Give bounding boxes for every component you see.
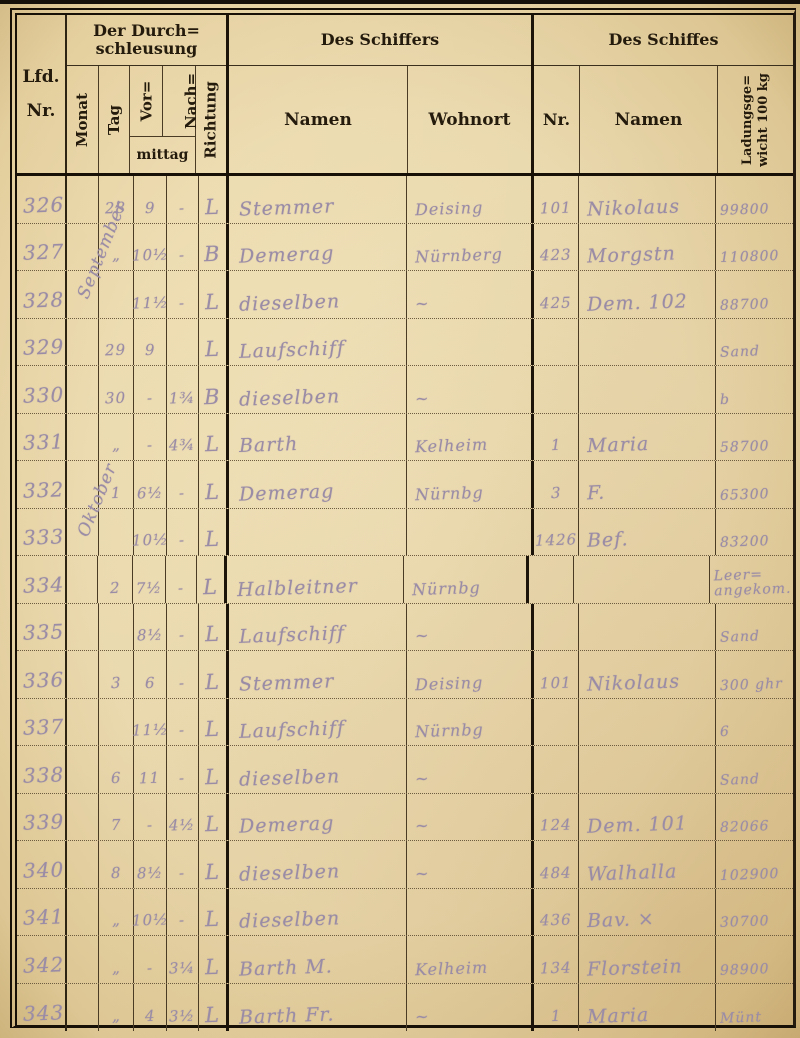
- cell-schiff-nr: [529, 556, 574, 603]
- group-label-schiff: Des Schiffes: [534, 15, 793, 66]
- cell-schiff-name: Maria: [579, 984, 716, 1032]
- cell-wohnort: ~: [407, 746, 534, 793]
- cell-monat: [67, 509, 99, 556]
- header-lfd-line1: Lfd.: [22, 67, 59, 87]
- cell-ladungsgewicht: 58700: [716, 414, 793, 461]
- cell-schiff-name: [579, 699, 716, 746]
- cell-richtung: L: [199, 841, 229, 888]
- header-group-durchschleusung: Der Durch= schleusung Monat Tag Vor=: [67, 15, 229, 173]
- table-row: 338 6 11 - L dieselben ~ Sand: [17, 746, 793, 794]
- cell-monat: [67, 746, 99, 793]
- table-body: 326 September 28 9 - L Stemmer Deising 1…: [17, 176, 793, 1031]
- header-vor-nach-mittag: Vor= Nach= mittag: [130, 66, 196, 173]
- cell-richtung: L: [199, 604, 229, 651]
- cell-tag: [99, 604, 134, 651]
- cell-nachmittag: -: [167, 746, 199, 793]
- cell-lfd-nr: 337: [17, 699, 67, 746]
- cell-richtung: L: [199, 461, 229, 508]
- cell-wohnort: Nürnbg: [407, 461, 534, 508]
- cell-wohnort: ~: [407, 271, 534, 318]
- cell-schiff-nr: 124: [534, 794, 579, 841]
- cell-lfd-nr: 338: [17, 746, 67, 793]
- cell-nachmittag: 4¾: [167, 414, 199, 461]
- cell-schiffer-name: dieselben: [229, 271, 407, 318]
- cell-schiffer-name: dieselben: [229, 889, 407, 936]
- cell-schiff-name: [579, 366, 716, 413]
- cell-schiff-name: F.: [579, 461, 716, 508]
- cell-lfd-nr: 335: [17, 604, 67, 651]
- cell-vormittag: -: [134, 794, 167, 841]
- cell-schiff-nr: 436: [534, 889, 579, 936]
- cell-monat: [67, 366, 99, 413]
- cell-ladungsgewicht: 6: [716, 699, 793, 746]
- cell-schiff-name: Florstein: [579, 936, 716, 983]
- header-group-schiff: Des Schiffes Nr. Namen Ladungsge= wicht …: [534, 15, 793, 173]
- cell-tag: 2: [98, 556, 133, 603]
- cell-lfd-nr: 340: [17, 841, 67, 888]
- cell-monat: [67, 699, 99, 746]
- group-label-schiffer: Des Schiffers: [229, 15, 531, 66]
- table-row: 332 1 6½ - L Demerag Nürnbg 3 F. 65300: [17, 461, 793, 509]
- cell-vormittag: 11½: [134, 699, 167, 746]
- cell-schiffer-name: Laufschiff: [229, 699, 407, 746]
- cell-nachmittag: -: [167, 841, 199, 888]
- cell-nachmittag: 1¾: [167, 366, 199, 413]
- cell-vormittag: 11: [134, 746, 167, 793]
- cell-lfd-nr: 330: [17, 366, 67, 413]
- table-row: 337 11½ - L Laufschiff Nürnbg 6: [17, 699, 793, 747]
- table-row: 327 „ 10½ - B Demerag Nürnberg 423 Morgs…: [17, 224, 793, 272]
- cell-lfd-nr: 332: [17, 461, 67, 508]
- cell-vormittag: 6½: [134, 461, 167, 508]
- cell-wohnort: Kelheim: [407, 414, 534, 461]
- cell-schiff-nr: 423: [534, 224, 579, 271]
- cell-tag: [99, 509, 134, 556]
- cell-schiff-nr: 1: [534, 984, 579, 1032]
- cell-ladungsgewicht: 110800: [716, 224, 793, 271]
- table-row: 329 29 9 L Laufschiff Sand: [17, 319, 793, 367]
- table-row: 330 30 - 1¾ B dieselben ~ b: [17, 366, 793, 414]
- cell-nachmittag: 4½: [167, 794, 199, 841]
- cell-schiff-name: Morgstn: [579, 224, 716, 271]
- cell-schiff-name: [579, 746, 716, 793]
- cell-tag: 29: [99, 319, 134, 366]
- header-ladungsgewicht-label: Ladungsge= wicht 100 kg: [739, 60, 772, 180]
- cell-lfd-nr: 326: [17, 176, 67, 223]
- cell-nachmittag: 3½: [167, 984, 199, 1032]
- header-richtung: Richtung: [196, 66, 226, 173]
- table-row: 336 3 6 - L Stemmer Deising 101 Nikolaus…: [17, 651, 793, 699]
- cell-schiff-name: Bav. ×: [579, 889, 716, 936]
- cell-nachmittag: -: [167, 509, 199, 556]
- cell-ladungsgewicht: 82066: [716, 794, 793, 841]
- cell-monat: [67, 604, 99, 651]
- cell-nachmittag: -: [167, 889, 199, 936]
- table-row: 331 Oktober „ - 4¾ L Barth Kelheim 1 Mar…: [17, 414, 793, 462]
- cell-vormittag: 4: [134, 984, 167, 1032]
- header-monat: Monat: [67, 66, 99, 173]
- cell-vormittag: 9: [134, 319, 167, 366]
- cell-schiff-name: Nikolaus: [579, 176, 716, 223]
- lock-register-table: Lfd. Nr. Der Durch= schleusung Monat Tag: [10, 8, 796, 1028]
- cell-schiffer-name: Laufschiff: [229, 319, 407, 366]
- cell-ladungsgewicht: Münt: [716, 984, 793, 1032]
- cell-wohnort: [407, 509, 534, 556]
- cell-wohnort: Nürnbg: [407, 699, 534, 746]
- cell-ladungsgewicht: 30700: [716, 889, 793, 936]
- cell-monat: [67, 271, 99, 318]
- cell-tag: [99, 699, 134, 746]
- table-row: 335 8½ - L Laufschiff ~ Sand: [17, 604, 793, 652]
- table-row: 343 „ 4 3½ L Barth Fr. ~ 1 Maria Münt: [17, 984, 793, 1032]
- cell-tag: „: [99, 984, 134, 1032]
- cell-ladungsgewicht: b: [716, 366, 793, 413]
- cell-wohnort: Nürnberg: [407, 224, 534, 271]
- cell-tag: „: [99, 936, 134, 983]
- cell-ladungsgewicht: 88700: [716, 271, 793, 318]
- cell-ladungsgewicht: Leer= angekom.: [710, 556, 793, 603]
- cell-schiffer-name: dieselben: [229, 366, 407, 413]
- cell-wohnort: ~: [407, 841, 534, 888]
- cell-richtung: L: [199, 414, 229, 461]
- cell-ladungsgewicht: 83200: [716, 509, 793, 556]
- cell-schiffer-name: Laufschiff: [229, 604, 407, 651]
- cell-schiff-nr: 3: [534, 461, 579, 508]
- table-row: 342 „ - 3¼ L Barth M. Kelheim 134 Florst…: [17, 936, 793, 984]
- header-schiffer-namen: Namen: [229, 66, 408, 173]
- cell-tag: 30: [99, 366, 134, 413]
- cell-vormittag: -: [134, 936, 167, 983]
- cell-tag: 7: [99, 794, 134, 841]
- cell-schiff-name: [574, 556, 710, 603]
- cell-schiff-nr: [534, 319, 579, 366]
- cell-tag: 28: [99, 176, 134, 223]
- cell-schiffer-name: Barth Fr.: [229, 984, 407, 1032]
- cell-schiff-nr: 484: [534, 841, 579, 888]
- header-lfd-line2: Nr.: [27, 101, 56, 121]
- cell-monat: [67, 461, 99, 508]
- cell-ladungsgewicht: 102900: [716, 841, 793, 888]
- cell-richtung: L: [199, 271, 229, 318]
- cell-lfd-nr: 329: [17, 319, 67, 366]
- cell-vormittag: 10½: [134, 889, 167, 936]
- cell-schiffer-name: Demerag: [229, 461, 407, 508]
- cell-schiffer-name: dieselben: [229, 746, 407, 793]
- cell-wohnort: Deising: [407, 176, 534, 223]
- cell-ladungsgewicht: 300 ghr: [716, 651, 793, 698]
- group-label-durchschleusung: Der Durch= schleusung: [67, 15, 226, 66]
- cell-schiffer-name: Barth M.: [229, 936, 407, 983]
- cell-vormittag: 9: [134, 176, 167, 223]
- cell-wohnort: ~: [407, 794, 534, 841]
- cell-schiff-nr: [534, 366, 579, 413]
- cell-nachmittag: -: [167, 651, 199, 698]
- cell-schiff-name: [579, 604, 716, 651]
- cell-lfd-nr: 339: [17, 794, 67, 841]
- header-lfd-nr: Lfd. Nr.: [17, 15, 67, 173]
- cell-ladungsgewicht: 99800: [716, 176, 793, 223]
- cell-lfd-nr: 336: [17, 651, 67, 698]
- cell-lfd-nr: 327: [17, 224, 67, 271]
- cell-monat: [67, 319, 99, 366]
- table-row: 334 2 7½ - L Halbleitner Nürnbg Leer= an…: [17, 556, 793, 604]
- header-wohnort: Wohnort: [408, 66, 531, 173]
- cell-lfd-nr: 342: [17, 936, 67, 983]
- cell-lfd-nr: 331: [17, 414, 67, 461]
- cell-richtung: L: [199, 319, 229, 366]
- cell-monat: [67, 556, 99, 603]
- cell-schiffer-name: Stemmer: [229, 651, 407, 698]
- cell-richtung: L: [199, 794, 229, 841]
- cell-vormittag: 7½: [133, 556, 166, 603]
- cell-tag: „: [99, 889, 134, 936]
- cell-tag: 1: [99, 461, 134, 508]
- cell-wohnort: [407, 889, 534, 936]
- cell-schiffer-name: dieselben: [229, 841, 407, 888]
- cell-schiff-nr: [534, 604, 579, 651]
- cell-tag: 8: [99, 841, 134, 888]
- ledger-page: Lfd. Nr. Der Durch= schleusung Monat Tag: [0, 0, 800, 1038]
- cell-tag: 6: [99, 746, 134, 793]
- header-schiff-namen: Namen: [580, 66, 718, 173]
- cell-monat: Oktober: [67, 414, 99, 461]
- cell-richtung: L: [199, 176, 229, 223]
- cell-schiffer-name: Stemmer: [229, 176, 407, 223]
- cell-schiff-nr: 101: [534, 651, 579, 698]
- header-tag: Tag: [99, 66, 130, 173]
- cell-schiff-nr: [534, 746, 579, 793]
- cell-nachmittag: -: [167, 224, 199, 271]
- cell-schiffer-name: [229, 509, 407, 556]
- cell-wohnort: ~: [407, 604, 534, 651]
- cell-ladungsgewicht: 98900: [716, 936, 793, 983]
- table-row: 333 10½ - L 1426 Bef. 83200: [17, 509, 793, 557]
- table-header: Lfd. Nr. Der Durch= schleusung Monat Tag: [17, 15, 793, 176]
- cell-richtung: L: [199, 699, 229, 746]
- cell-tag: 3: [99, 651, 134, 698]
- cell-lfd-nr: 333: [17, 509, 67, 556]
- cell-nachmittag: -: [167, 461, 199, 508]
- cell-ladungsgewicht: 65300: [716, 461, 793, 508]
- cell-wohnort: Nürnbg: [404, 556, 530, 603]
- cell-vormittag: -: [134, 414, 167, 461]
- cell-schiffer-name: Demerag: [229, 224, 407, 271]
- cell-monat: [67, 936, 99, 983]
- cell-ladungsgewicht: Sand: [716, 746, 793, 793]
- table-row: 340 8 8½ - L dieselben ~ 484 Walhalla 10…: [17, 841, 793, 889]
- cell-wohnort: ~: [407, 366, 534, 413]
- cell-vormittag: 8½: [134, 841, 167, 888]
- cell-schiff-nr: [534, 699, 579, 746]
- cell-monat: [67, 651, 99, 698]
- table-row: 328 11½ - L dieselben ~ 425 Dem. 102 887…: [17, 271, 793, 319]
- cell-nachmittag: 3¼: [167, 936, 199, 983]
- cell-nachmittag: -: [167, 176, 199, 223]
- cell-monat: [67, 889, 99, 936]
- cell-wohnort: ~: [407, 984, 534, 1032]
- cell-vormittag: 8½: [134, 604, 167, 651]
- cell-schiff-name: [579, 319, 716, 366]
- cell-richtung: L: [199, 651, 229, 698]
- cell-schiff-name: Nikolaus: [579, 651, 716, 698]
- table-row: 341 „ 10½ - L dieselben 436 Bav. × 30700: [17, 889, 793, 937]
- cell-nachmittag: -: [167, 271, 199, 318]
- header-vormittag: Vor=: [130, 66, 163, 136]
- cell-wohnort: Deising: [407, 651, 534, 698]
- cell-monat: [67, 984, 99, 1032]
- cell-ladungsgewicht: Sand: [716, 319, 793, 366]
- header-schiff-nr: Nr.: [534, 66, 580, 173]
- cell-schiff-name: Walhalla: [579, 841, 716, 888]
- table-row: 339 7 - 4½ L Demerag ~ 124 Dem. 101 8206…: [17, 794, 793, 842]
- cell-schiff-nr: 101: [534, 176, 579, 223]
- cell-vormittag: 11½: [134, 271, 167, 318]
- cell-schiff-nr: 134: [534, 936, 579, 983]
- cell-monat: [67, 841, 99, 888]
- cell-richtung: B: [199, 366, 229, 413]
- cell-schiff-nr: 425: [534, 271, 579, 318]
- cell-wohnort: [407, 319, 534, 366]
- cell-schiff-name: Maria: [579, 414, 716, 461]
- cell-lfd-nr: 343: [17, 984, 67, 1032]
- cell-tag: [99, 271, 134, 318]
- cell-richtung: L: [199, 984, 229, 1032]
- header-group-schiffer: Des Schiffers Namen Wohnort: [229, 15, 534, 173]
- cell-schiff-name: Bef.: [579, 509, 716, 556]
- cell-tag: „: [99, 224, 134, 271]
- cell-nachmittag: [167, 319, 199, 366]
- cell-ladungsgewicht: Sand: [716, 604, 793, 651]
- cell-schiff-name: Dem. 102: [579, 271, 716, 318]
- cell-schiffer-name: Barth: [229, 414, 407, 461]
- cell-nachmittag: -: [167, 604, 199, 651]
- cell-vormittag: 6: [134, 651, 167, 698]
- cell-wohnort: Kelheim: [407, 936, 534, 983]
- cell-richtung: L: [199, 746, 229, 793]
- cell-nachmittag: -: [166, 556, 198, 603]
- cell-richtung: L: [197, 556, 227, 603]
- cell-lfd-nr: 334: [17, 556, 67, 603]
- cell-tag: „: [99, 414, 134, 461]
- cell-nachmittag: -: [167, 699, 199, 746]
- cell-monat: September: [67, 176, 99, 223]
- header-mittag: mittag: [130, 136, 195, 173]
- cell-lfd-nr: 341: [17, 889, 67, 936]
- header-ladungsgewicht: Ladungsge= wicht 100 kg: [718, 66, 793, 173]
- cell-lfd-nr: 328: [17, 271, 67, 318]
- table-row: 326 September 28 9 - L Stemmer Deising 1…: [17, 176, 793, 224]
- cell-vormittag: 10½: [134, 224, 167, 271]
- cell-monat: [67, 224, 99, 271]
- cell-vormittag: 10½: [134, 509, 167, 556]
- cell-schiff-nr: 1: [534, 414, 579, 461]
- cell-schiff-nr: 1426: [534, 509, 579, 556]
- cell-richtung: L: [199, 509, 229, 556]
- cell-monat: [67, 794, 99, 841]
- cell-richtung: L: [199, 889, 229, 936]
- cell-vormittag: -: [134, 366, 167, 413]
- cell-richtung: L: [199, 936, 229, 983]
- cell-richtung: B: [199, 224, 229, 271]
- cell-schiffer-name: Demerag: [229, 794, 407, 841]
- cell-schiffer-name: Halbleitner: [227, 556, 403, 603]
- cell-schiff-name: Dem. 101: [579, 794, 716, 841]
